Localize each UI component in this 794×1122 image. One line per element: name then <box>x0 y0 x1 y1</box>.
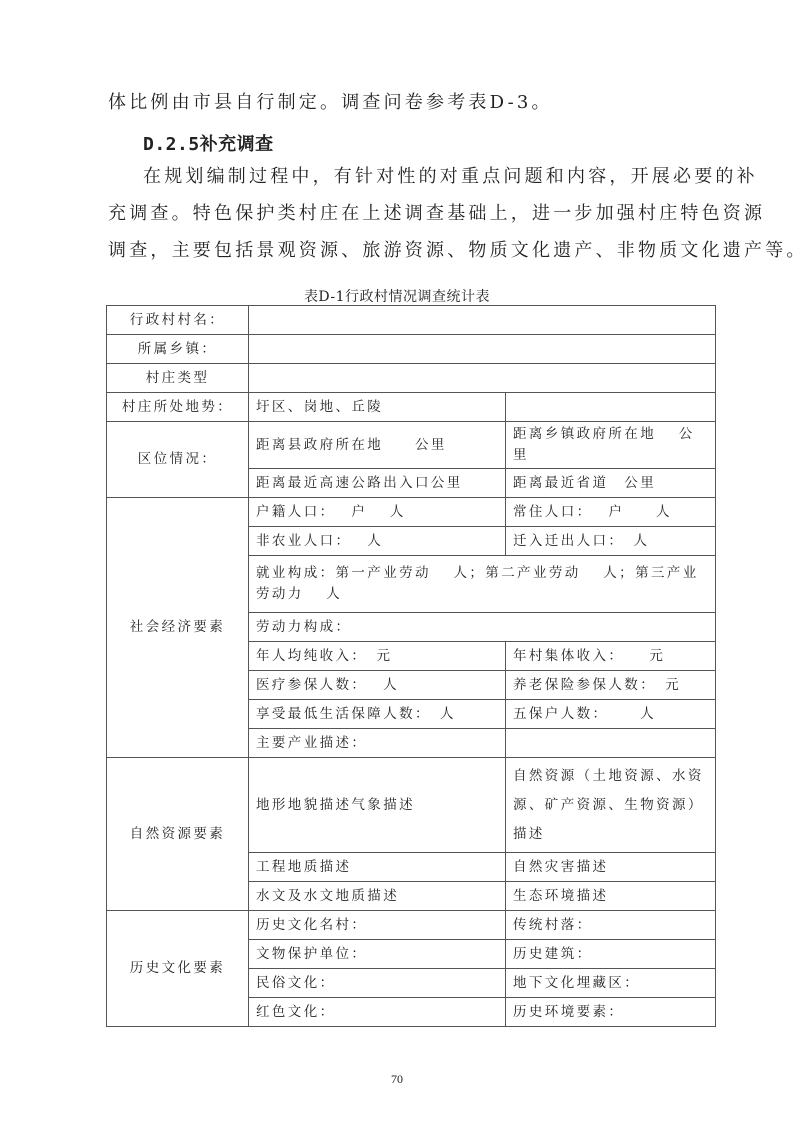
collective-income: 年村集体收入： 元 <box>506 642 716 671</box>
employment-composition: 就业构成：第一产业劳动 人；第二产业劳动 人；第三产业劳动力 人 <box>249 556 716 613</box>
medical-insured-count: 医疗参保人数： 人 <box>249 671 506 700</box>
pension-insured-count: 养老保险参保人数： 元 <box>506 671 716 700</box>
terrain-label: 村庄所处地势： <box>107 393 249 422</box>
main-industry-field[interactable] <box>506 729 716 758</box>
main-industry-description: 主要产业描述： <box>249 729 506 758</box>
min-living-security-count: 享受最低生活保障人数： 人 <box>249 700 506 729</box>
table-row: 自然资源要素 地形地貌描述气象描述 自然资源（土地资源、水资源、矿产资源、生物资… <box>107 758 716 853</box>
historical-culture-label: 历史文化要素 <box>107 911 249 1027</box>
resident-population: 常住人口： 户 人 <box>506 498 716 527</box>
table-row: 所属乡镇： <box>107 335 716 364</box>
terrain-value: 圩区、岗地、丘陵 <box>249 393 506 422</box>
paragraph-line-1: 体比例由市县自行制定。调查问卷参考表D-3。 <box>108 92 553 114</box>
table-row: 区位情况： 距离县政府所在地 公里 距离乡镇政府所在地 公里 <box>107 422 716 469</box>
engineering-geology-description: 工程地质描述 <box>249 853 506 882</box>
per-capita-income: 年人均纯收入： 元 <box>249 642 506 671</box>
historic-buildings: 历史建筑： <box>506 940 716 969</box>
underground-cultural-sites: 地下文化埋藏区： <box>506 969 716 998</box>
location-label: 区位情况： <box>107 422 249 498</box>
natural-resources-label: 自然资源要素 <box>107 758 249 911</box>
folk-culture: 民俗文化： <box>249 969 506 998</box>
village-name-label: 行政村村名： <box>107 306 249 335</box>
traditional-village: 传统村落： <box>506 911 716 940</box>
migration-population: 迁入迁出人口： 人 <box>506 527 716 556</box>
protected-cultural-units: 文物保护单位： <box>249 940 506 969</box>
township-field[interactable] <box>249 335 716 364</box>
hydrology-description: 水文及水文地质描述 <box>249 882 506 911</box>
town-distance: 距离乡镇政府所在地 公里 <box>506 422 716 469</box>
registered-population: 户籍人口： 户 人 <box>249 498 506 527</box>
table-row: 社会经济要素 户籍人口： 户 人 常住人口： 户 人 <box>107 498 716 527</box>
red-culture: 红色文化： <box>249 998 506 1027</box>
township-label: 所属乡镇： <box>107 335 249 364</box>
five-guarantee-count: 五保户人数： 人 <box>506 700 716 729</box>
table-caption: 表D-1行政村情况调查统计表 <box>0 286 794 306</box>
famous-historic-village: 历史文化名村： <box>249 911 506 940</box>
highway-distance: 距离最近高速公路出入口公里 <box>249 469 506 498</box>
historic-environment-elements: 历史环境要素： <box>506 998 716 1027</box>
labor-composition: 劳动力构成： <box>249 613 716 642</box>
village-name-field[interactable] <box>249 306 716 335</box>
provincial-road-distance: 距离最近省道 公里 <box>506 469 716 498</box>
county-distance: 距离县政府所在地 公里 <box>249 422 506 469</box>
village-survey-table: 行政村村名： 所属乡镇： 村庄类型 村庄所处地势： 圩区、岗地、丘陵 区位情况：… <box>106 305 716 1027</box>
socioeconomic-label: 社会经济要素 <box>107 498 249 758</box>
ecology-description: 生态环境描述 <box>506 882 716 911</box>
terrain-extra-field[interactable] <box>506 393 716 422</box>
non-agricultural-population: 非农业人口： 人 <box>249 527 506 556</box>
paragraph-line-2: 在规划编制过程中，有针对性的对重点问题和内容，开展必要的补 <box>143 166 758 188</box>
table-row: 行政村村名： <box>107 306 716 335</box>
paragraph-line-3: 充调查。特色保护类村庄在上述调查基础上，进一步加强村庄特色资源 <box>108 203 765 225</box>
natural-resources-description: 自然资源（土地资源、水资源、矿产资源、生物资源）描述 <box>506 758 716 853</box>
page-number: 70 <box>0 1072 794 1087</box>
terrain-climate-description: 地形地貌描述气象描述 <box>249 758 506 853</box>
village-type-label: 村庄类型 <box>107 364 249 393</box>
village-type-field[interactable] <box>249 364 716 393</box>
section-heading: D.2.5补充调查 <box>143 130 274 156</box>
paragraph-line-4: 调查，主要包括景观资源、旅游资源、物质文化遗产、非物质文化遗产等。 <box>108 240 794 262</box>
table-row: 村庄所处地势： 圩区、岗地、丘陵 <box>107 393 716 422</box>
table-row: 历史文化要素 历史文化名村： 传统村落： <box>107 911 716 940</box>
table-row: 村庄类型 <box>107 364 716 393</box>
natural-disaster-description: 自然灾害描述 <box>506 853 716 882</box>
